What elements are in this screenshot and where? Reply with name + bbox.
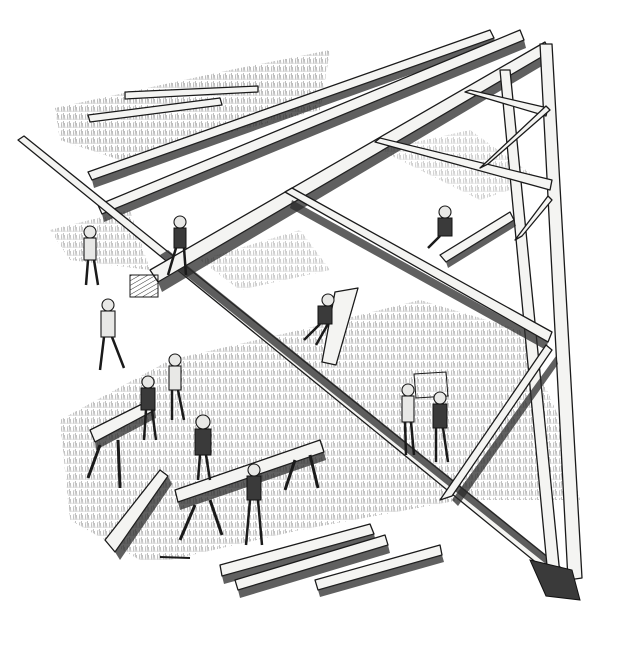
worker (428, 206, 452, 248)
mallet-tool (160, 557, 190, 558)
illustration-canvas (0, 0, 640, 654)
worker (100, 299, 124, 370)
